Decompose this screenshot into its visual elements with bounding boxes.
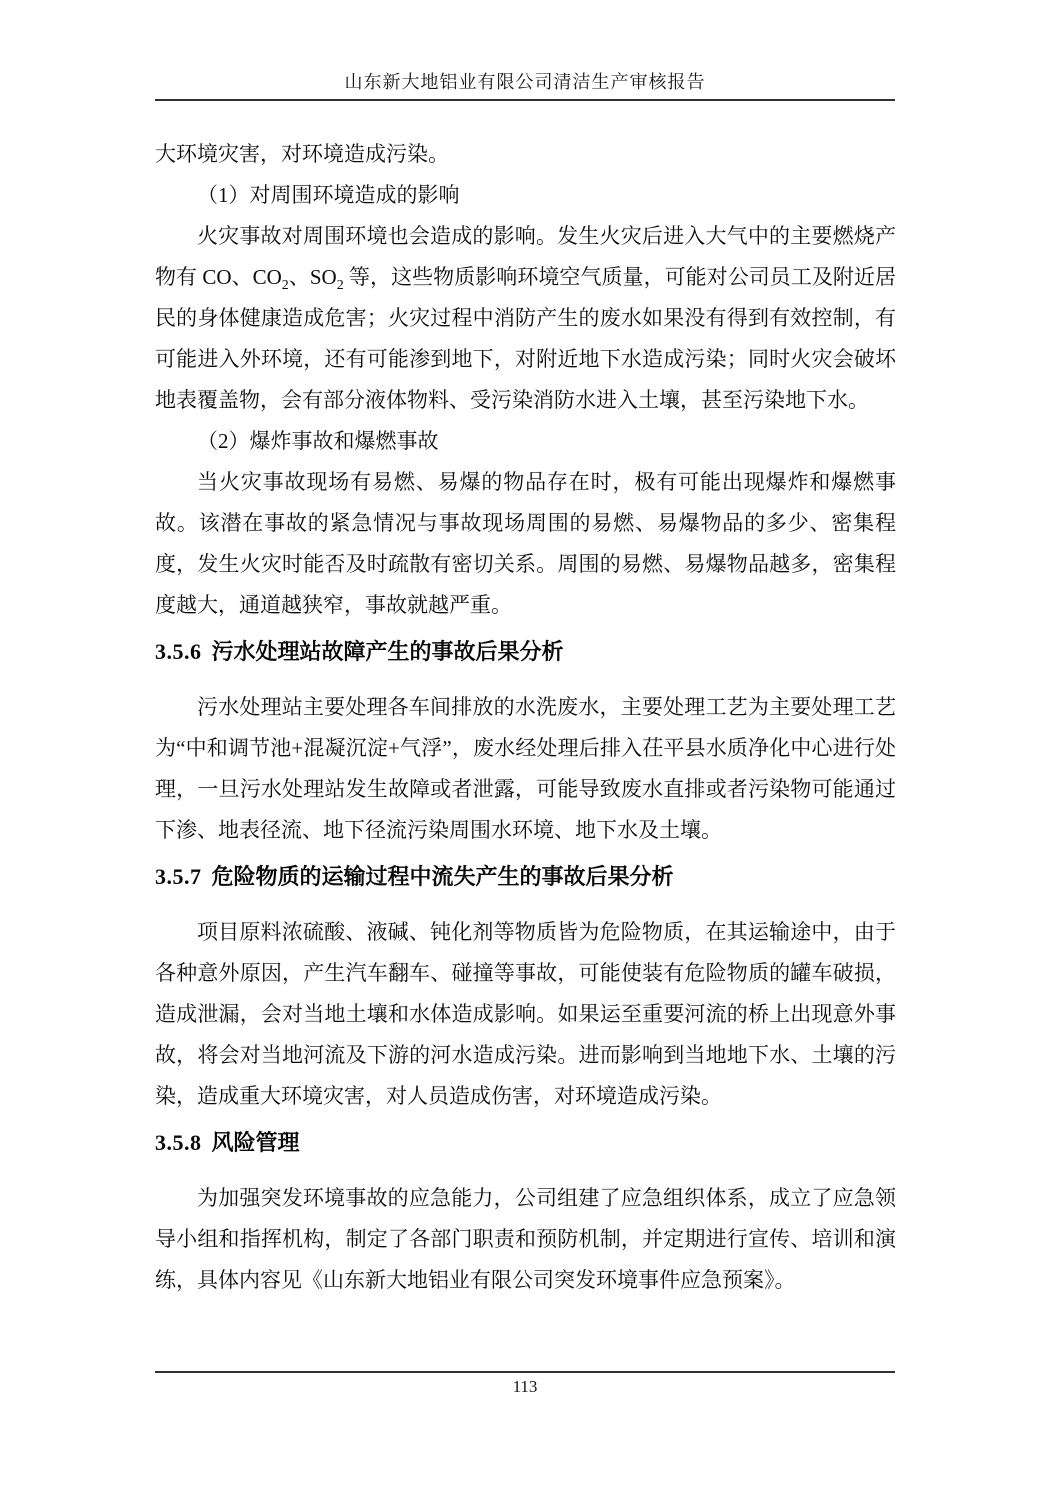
document-page: 山东新大地铝业有限公司清洁生产审核报告 大环境灾害，对环境造成污染。 （1）对周…	[0, 0, 1050, 1485]
paragraph-fire-impact: 火灾事故对周围环境也会造成的影响。发生火灾后进入大气中的主要燃烧产物有 CO、C…	[155, 216, 896, 421]
page-header: 山东新大地铝业有限公司清洁生产审核报告	[155, 70, 895, 101]
subscript: 2	[337, 278, 344, 293]
document-body: 大环境灾害，对环境造成污染。 （1）对周围环境造成的影响 火灾事故对周围环境也会…	[155, 134, 896, 1301]
section-number: 3.5.7	[155, 864, 202, 889]
section-number: 3.5.8	[155, 1130, 202, 1155]
paragraph-wastewater-station: 污水处理站主要处理各车间排放的水洗废水，主要处理工艺为主要处理工艺为“中和调节池…	[155, 687, 896, 851]
list-item-1-heading: （1）对周围环境造成的影响	[155, 175, 896, 216]
paragraph-transport-risk: 项目原料浓硫酸、液碱、钝化剂等物质皆为危险物质，在其运输途中，由于各种意外原因，…	[155, 912, 896, 1117]
page-number: 113	[513, 1376, 538, 1398]
section-heading-3-5-7: 3.5.7危险物质的运输过程中流失产生的事故后果分析	[155, 856, 896, 897]
page-footer: 113	[155, 1371, 895, 1398]
section-title: 污水处理站故障产生的事故后果分析	[212, 639, 564, 664]
subscript: 2	[282, 278, 289, 293]
section-title: 风险管理	[212, 1130, 300, 1155]
section-title: 危险物质的运输过程中流失产生的事故后果分析	[212, 864, 674, 889]
paragraph-text: 、SO	[289, 265, 337, 289]
paragraph-continuation: 大环境灾害，对环境造成污染。	[155, 134, 896, 175]
paragraph-risk-management: 为加强突发环境事故的应急能力，公司组建了应急组织体系，成立了应急领导小组和指挥机…	[155, 1178, 896, 1301]
section-heading-3-5-8: 3.5.8风险管理	[155, 1122, 896, 1163]
header-title: 山东新大地铝业有限公司清洁生产审核报告	[345, 72, 706, 92]
section-heading-3-5-6: 3.5.6污水处理站故障产生的事故后果分析	[155, 631, 896, 672]
paragraph-explosion: 当火灾事故现场有易燃、易爆的物品存在时，极有可能出现爆炸和爆燃事故。该潜在事故的…	[155, 462, 896, 626]
section-number: 3.5.6	[155, 639, 202, 664]
list-item-2-heading: （2）爆炸事故和爆燃事故	[155, 421, 896, 462]
